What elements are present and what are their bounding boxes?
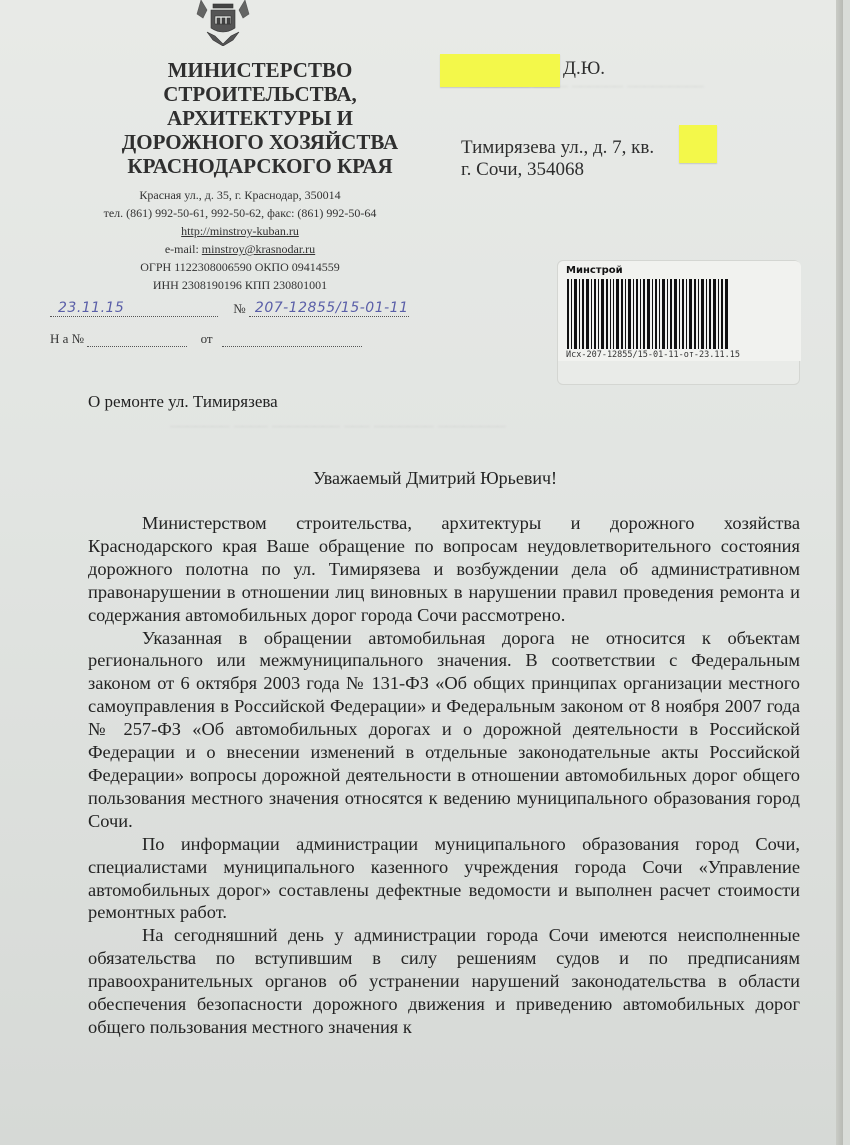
body-paragraph: На сегодняшний день у администрации горо… bbox=[88, 924, 800, 1039]
barcode-sticker: Минстрой Исх-207-12855/15-01-11-от-23.11… bbox=[557, 260, 800, 385]
org-name-line: КРАСНОДАРСКОГО КРАЯ bbox=[100, 154, 420, 178]
org-phones: тел. (861) 992-50-61, 992-50-62, факс: (… bbox=[60, 204, 420, 222]
email-link[interactable]: minstroy@krasnodar.ru bbox=[202, 242, 315, 256]
letter-page: _______ ____ ______ _________ _______ __… bbox=[0, 0, 843, 1145]
email-label: e-mail: bbox=[165, 242, 202, 256]
reply-to-label: Н а № bbox=[50, 331, 84, 346]
sticker-title: Минстрой bbox=[566, 265, 623, 276]
org-name-line: СТРОИТЕЛЬСТВА, bbox=[100, 82, 420, 106]
page-edge bbox=[836, 0, 843, 1145]
handwritten-date: 23.11.15 bbox=[58, 300, 124, 316]
body-paragraph: Министерством строительства, архитектуры… bbox=[88, 512, 800, 627]
letter-greeting: Уважаемый Дмитрий Юрьевич! bbox=[0, 468, 850, 489]
reply-from-label: от bbox=[201, 331, 213, 346]
inn-kpp: ИНН 2308190196 КПП 230801001 bbox=[60, 276, 420, 294]
handwritten-number: 207-12855/15-01-11 bbox=[255, 300, 409, 316]
recipient-initials: Д.Ю. bbox=[563, 58, 605, 80]
org-name-line: МИНИСТЕРСТВО bbox=[100, 58, 420, 82]
coat-of-arms-icon bbox=[193, 0, 253, 46]
barcode-code: Исх-207-12855/15-01-11-от-23.11.15 bbox=[566, 350, 740, 360]
ogrn-okpo: ОГРН 1122308006590 ОКПО 09414559 bbox=[60, 258, 420, 276]
organization-name: МИНИСТЕРСТВО СТРОИТЕЛЬСТВА, АРХИТЕКТУРЫ … bbox=[100, 58, 420, 178]
number-label: № bbox=[233, 301, 245, 316]
recipient-street: Тимирязева ул., д. 7, кв. bbox=[461, 137, 654, 159]
recipient-city: г. Сочи, 354068 bbox=[461, 159, 654, 181]
redaction-name bbox=[440, 54, 560, 87]
body-paragraph: Указанная в обращении автомобильная доро… bbox=[88, 627, 800, 833]
letter-body: Министерством строительства, архитектуры… bbox=[88, 512, 800, 1039]
org-name-line: АРХИТЕКТУРЫ И bbox=[100, 106, 420, 130]
outgoing-registration: 23.11.15 № 207-12855/15-01-11 bbox=[50, 300, 409, 317]
reply-to-line: Н а № от bbox=[50, 331, 362, 347]
org-address: Красная ул., д. 35, г. Краснодар, 350014 bbox=[60, 186, 420, 204]
organization-contacts: Красная ул., д. 35, г. Краснодар, 350014… bbox=[60, 186, 420, 294]
recipient-address: Тимирязева ул., д. 7, кв. г. Сочи, 35406… bbox=[461, 137, 654, 181]
barcode-icon bbox=[567, 279, 732, 349]
letter-subject: О ремонте ул. Тимирязева bbox=[88, 392, 278, 412]
redaction-apartment bbox=[679, 125, 717, 163]
org-name-line: ДОРОЖНОГО ХОЗЯЙСТВА bbox=[100, 130, 420, 154]
website-link[interactable]: http://minstroy-kuban.ru bbox=[181, 224, 299, 238]
body-paragraph: По информации администрации муниципально… bbox=[88, 833, 800, 925]
